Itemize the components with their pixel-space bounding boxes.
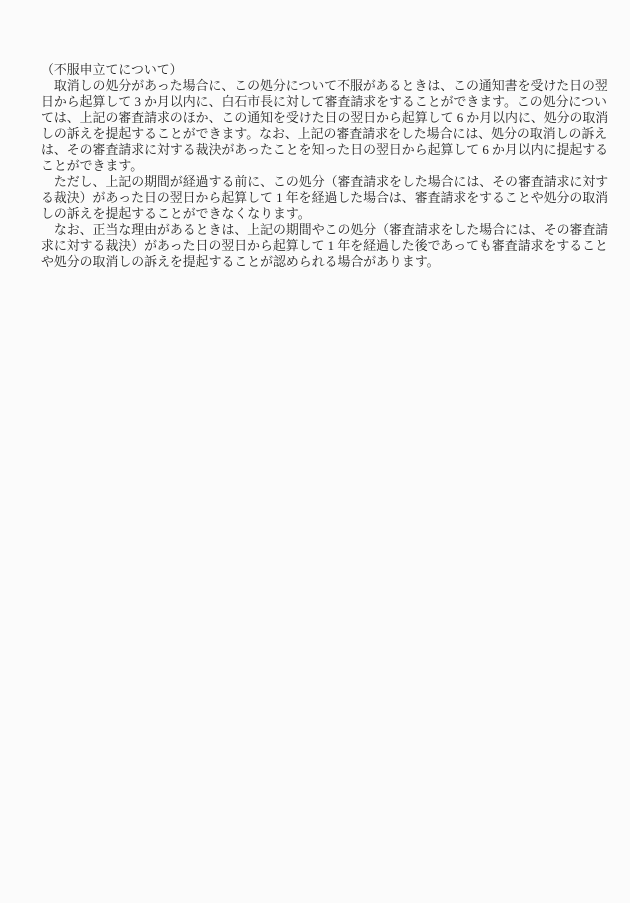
- text-line: （不服申立てについて）: [41, 62, 613, 78]
- text-line: なお、正当な理由があるときは、上記の期間やこの処分（審査請求をした場合には、その…: [41, 222, 613, 238]
- text-line: ては、上記の審査請求のほか、この通知を受けた日の翌日から起算して 6 か月以内に…: [41, 110, 613, 126]
- text-line: しの訴えを提起することができます。なお、上記の審査請求をした場合には、処分の取消…: [41, 126, 613, 142]
- appeal-notice-section: （不服申立てについて） 取消しの処分があった場合に、この処分について不服があると…: [41, 62, 613, 270]
- text-line: や処分の取消しの訴えを提起することが認められる場合があります。: [41, 254, 613, 270]
- text-line: ただし、上記の期間が経過する前に、この処分（審査請求をした場合には、その審査請求…: [41, 174, 613, 190]
- text-line: 求に対する裁決）があった日の翌日から起算して 1 年を経過した後であっても審査請…: [41, 238, 613, 254]
- text-line: 取消しの処分があった場合に、この処分について不服があるときは、この通知書を受けた…: [41, 78, 613, 94]
- text-line: 日から起算して 3 か月以内に、白石市長に対して審査請求をすることができます。こ…: [41, 94, 613, 110]
- document-page: （不服申立てについて） 取消しの処分があった場合に、この処分について不服があると…: [0, 0, 630, 903]
- text-line: る裁決）があった日の翌日から起算して 1 年を経過した場合は、審査請求をすること…: [41, 190, 613, 206]
- text-line: ことができます。: [41, 158, 613, 174]
- text-line: しの訴えを提起することができなくなります。: [41, 206, 613, 222]
- text-line: は、その審査請求に対する裁決があったことを知った日の翌日から起算して 6 か月以…: [41, 142, 613, 158]
